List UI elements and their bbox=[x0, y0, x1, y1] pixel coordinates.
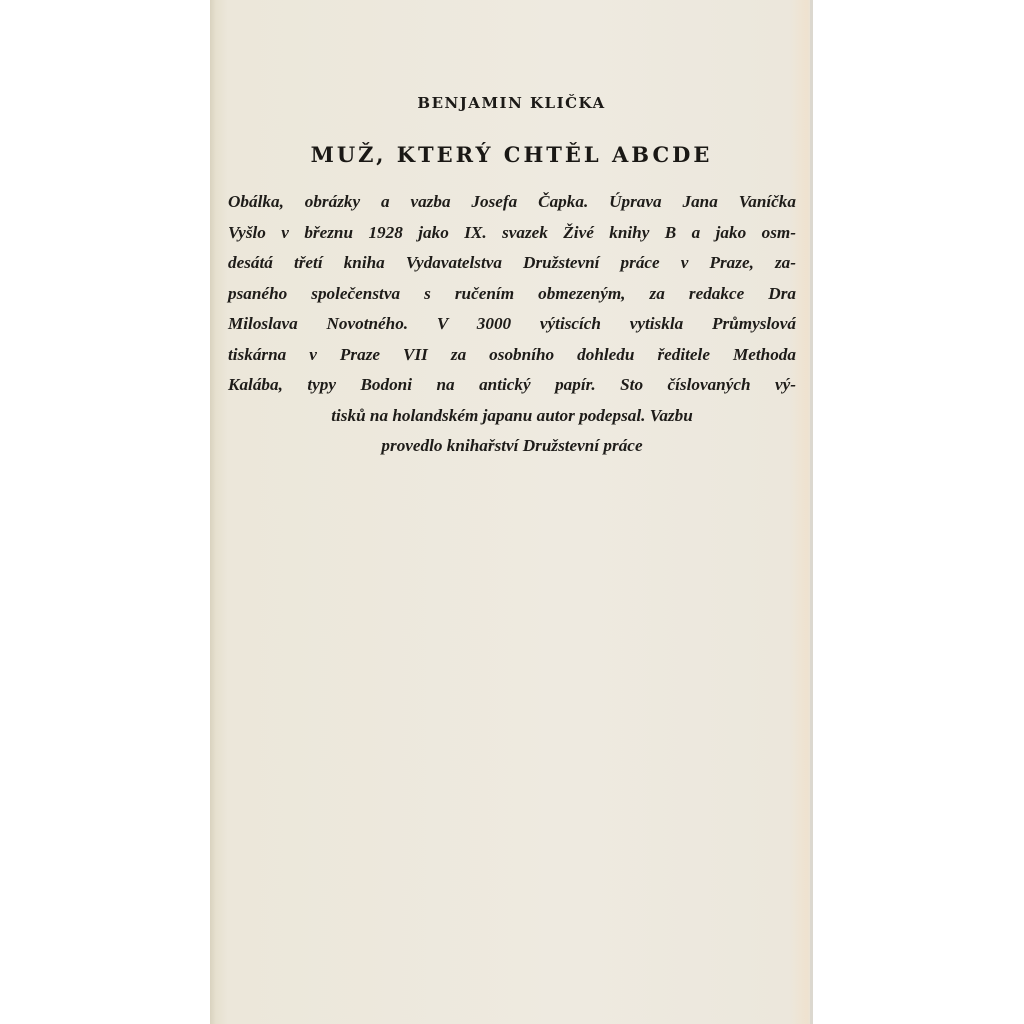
author-name: BENJAMIN KLIČKA bbox=[210, 94, 813, 112]
colophon-text: Obálka, obrázky a vazba Josefa Čapka. Úp… bbox=[228, 187, 796, 462]
colophon-line: psaného společenstva s ručením obmezeným… bbox=[228, 279, 796, 310]
colophon-line: provedlo knihařství Družstevní práce bbox=[228, 431, 796, 462]
colophon-line: desátá třetí kniha Vydavatelstva Družste… bbox=[228, 248, 796, 279]
colophon-line: tiskárna v Praze VII za osobního dohledu… bbox=[228, 340, 796, 371]
book-title: MUŽ, KTERÝ CHTĚL ABCDE bbox=[210, 142, 813, 167]
colophon-line: Vyšlo v březnu 1928 jako IX. svazek Živé… bbox=[228, 218, 796, 249]
colophon-line: tisků na holandském japanu autor podepsa… bbox=[228, 401, 796, 432]
book-page: BENJAMIN KLIČKA MUŽ, KTERÝ CHTĚL ABCDE O… bbox=[210, 0, 813, 1024]
colophon-line: Obálka, obrázky a vazba Josefa Čapka. Úp… bbox=[228, 187, 796, 218]
colophon-line: Miloslava Novotného. V 3000 výtiscích vy… bbox=[228, 309, 796, 340]
colophon-line: Kalába, typy Bodoni na antický papír. St… bbox=[228, 370, 796, 401]
